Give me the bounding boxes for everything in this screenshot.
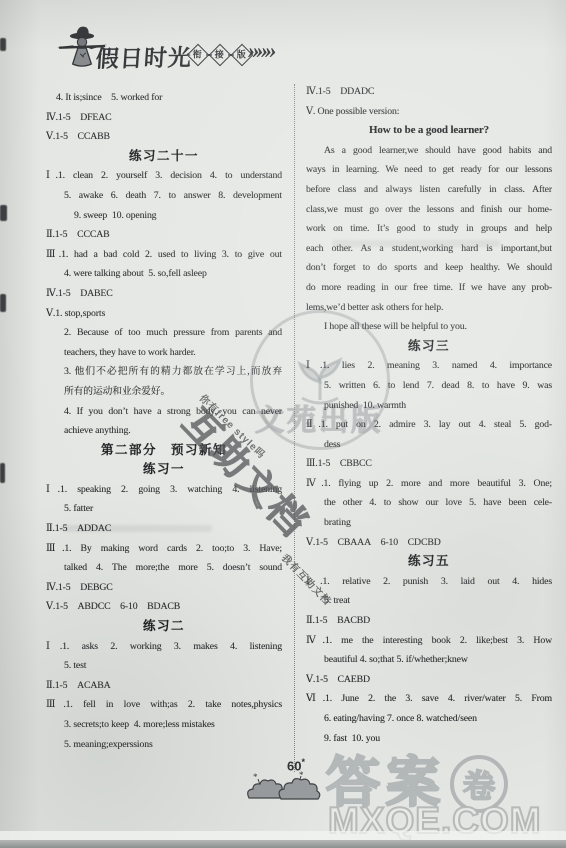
answer-line: Ⅱ.1. put on 2. admire 3. lay out 4. stea… (306, 415, 552, 435)
scan-edge-light (0, 831, 566, 840)
scan-artifact (0, 205, 7, 221)
answer-line: Ⅴ. One possible version: (306, 102, 552, 122)
answer-line: 6. eating/having 7. once 8. watched/seen (306, 709, 552, 729)
answer-line: Ⅰ.1. asks 2. working 3. makes 4. listeni… (46, 637, 282, 657)
answer-line: don’t forget to do sports and keep healt… (306, 258, 552, 278)
answer-line: Ⅴ.1. stop,sports (46, 304, 282, 324)
answer-line: Ⅲ.1. fell in love with;as 2. take notes,… (46, 695, 282, 715)
answer-line: Ⅳ.1. flying up 2. more and more beautifu… (306, 474, 552, 494)
answer-line: 9. sweep 10. opening (46, 206, 282, 226)
exercise-heading: 练习二 (46, 617, 282, 637)
answer-line: 4. were talking about 5. so,fell asleep (46, 264, 282, 284)
answer-line: Ⅴ.1-5 CAEBD (306, 670, 552, 690)
answer-line: Ⅱ.1-5 BACBD (306, 611, 552, 631)
page-number-star: * (301, 757, 305, 767)
answer-line: 所有的运动和业余爱好。 (46, 382, 282, 402)
answer-line: Ⅳ.1-5 DABEC (46, 284, 282, 304)
answer-line: 5. test (46, 656, 282, 676)
answer-line: As a good learner,we should have good ha… (306, 141, 552, 161)
svg-text:*: * (299, 770, 304, 780)
answer-line: Ⅳ.1. me the interesting book 2. like;bes… (306, 631, 552, 651)
essay-title: How to be a good learner? (306, 121, 552, 141)
answer-line: Ⅰ.1. clean 2. yourself 3. decision 4. to… (46, 166, 282, 186)
answer-line: 5. written 6. to lend 7. dead 8. to have… (306, 376, 552, 396)
answer-line: Ⅵ.1. June 2. the 3. save 4. river/water … (306, 689, 552, 709)
answer-line: class,we must go over the lessons and fi… (306, 200, 552, 220)
answer-line: each other. As a student,working hard is… (306, 239, 552, 259)
edition-badge-label: 衔 (193, 50, 202, 59)
bush-decoration-icon: * * (243, 770, 323, 807)
column-divider (294, 84, 295, 772)
answer-line: 4. It is;since 5. worked for (46, 88, 282, 108)
answer-line: talked 4. The more;the more 5. doesn’t s… (46, 558, 282, 578)
answer-line: Ⅰ.1. lies 2. meaning 3. named 4. importa… (306, 356, 552, 376)
answer-line: ways in learning. We need to get ready f… (306, 160, 552, 180)
answer-line: Ⅳ.1-5 DEBGC (46, 578, 282, 598)
answer-line: 5. awake 6. death 7. to answer 8. develo… (46, 186, 282, 206)
answer-line: punished 10. warmth (306, 396, 552, 416)
answer-line: Ⅳ.1-5 DFEAC (46, 108, 282, 128)
answer-line: 4. If you don’t have a strong body, you … (46, 402, 282, 422)
answer-line: Ⅳ.1-5 DDADC (306, 82, 552, 102)
scanned-workbook-page: { "colors": { "paper": "#e3e6e2", "ink":… (0, 0, 566, 848)
answer-line: 3. 他们不必把所有的精力都放在学习上,而放弃 (46, 362, 282, 382)
exercise-heading: 练习二十一 (46, 147, 282, 167)
answer-line: teachers, they have to work harder. (46, 343, 282, 363)
answer-line: Ⅲ.1. had a bad cold 2. used to living 3.… (46, 245, 282, 265)
answer-line: 2. Because of too much pressure from par… (46, 323, 282, 343)
answer-line: before class and always listen carefully… (306, 180, 552, 200)
answer-line: beautiful 4. so;that 5. if/whether;knew (306, 650, 552, 670)
edition-badge: 接 (209, 44, 232, 67)
right-column: Ⅳ.1-5 DDADCⅤ. One possible version:How t… (306, 82, 552, 748)
answer-line: lems,we’d better ask others for help. (306, 298, 552, 318)
answer-line: work on time. It’s good to study in grou… (306, 219, 552, 239)
left-column: 4. It is;since 5. worked forⅣ.1-5 DFEACⅤ… (46, 88, 282, 754)
answer-line: Ⅲ.1-5 CBBCC (306, 454, 552, 474)
answer-line: I hope all these will be helpful to you. (306, 317, 552, 337)
answer-line: the other 4. to show our love 5. have be… (306, 493, 552, 513)
answer-line: 5. meaning;experssions (46, 735, 282, 755)
edition-badge: 衔 (187, 44, 210, 67)
answer-line: dess (306, 435, 552, 455)
answer-line: Ⅱ.1-5 ACABA (46, 676, 282, 696)
svg-text:*: * (253, 772, 258, 782)
answer-line: Ⅴ.1-5 ABDCC 6-10 BDACB (46, 597, 282, 617)
answer-line: Ⅲ.1. By making word cards 2. too;to 3. H… (46, 539, 282, 559)
exercise-heading: 练习三 (306, 337, 552, 357)
edition-badge-label: 版 (237, 50, 246, 59)
brand-title: 假日时光 (95, 39, 197, 74)
scan-artifact (0, 38, 6, 51)
edition-badges: 衔 接 版 (190, 47, 250, 63)
answer-line: do more reading in our free time. If we … (306, 278, 552, 298)
answer-line: 3. secrets;to keep 4. more;less mistakes (46, 715, 282, 735)
answer-line: Ⅱ.1-5 CCCAB (46, 225, 282, 245)
edition-badge-label: 接 (215, 50, 224, 59)
chevrons-icon: »»» (248, 38, 274, 64)
scan-artifact (0, 463, 5, 483)
answer-line: Ⅴ.1-5 CCABB (46, 127, 282, 147)
scan-edge-dark (0, 840, 566, 848)
scan-artifact (0, 294, 6, 312)
brand-header: 假日时光 衔 接 版 »»» (0, 0, 566, 84)
